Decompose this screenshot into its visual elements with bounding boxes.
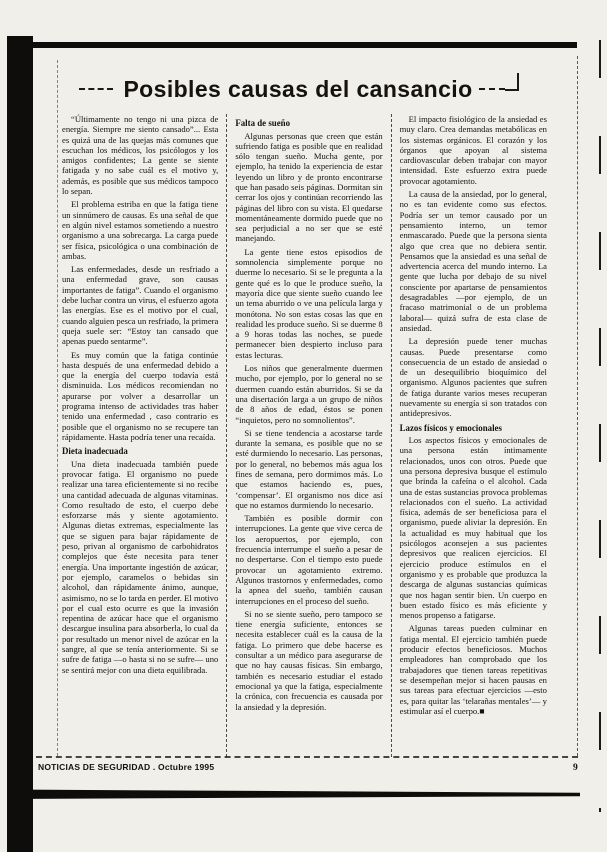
column-1: “Últimamente no tengo ni una pizca de en… xyxy=(62,114,226,757)
heading-lazos-fisicos-y-emocionales: Lazos físicos y emocionales xyxy=(400,423,547,434)
article-paragraph: La depresión puede tener muchas causas. … xyxy=(400,336,547,418)
article-paragraph: La causa de la ansiedad, por lo general,… xyxy=(400,189,547,333)
article-paragraph: Los aspectos físicos y emocionales de un… xyxy=(400,435,547,620)
article-body: “Últimamente no tengo ni una pizca de en… xyxy=(62,114,555,757)
article-paragraph: También es posible dormir con interrupci… xyxy=(235,513,382,606)
article-paragraph: Si no se siente sueño, pero tampoco se t… xyxy=(235,609,382,712)
article-paragraph: Los niños que generalmente duermen mucho… xyxy=(235,363,382,425)
article-paragraph: Es muy común que la fatiga continúe hast… xyxy=(62,350,218,443)
bottom-black-bar xyxy=(7,789,580,799)
left-black-bar xyxy=(7,36,33,852)
article-paragraph: El problema estriba en que la fatiga tie… xyxy=(62,199,218,261)
title-row: Posibles causas del cansancio xyxy=(58,70,540,108)
title-corner-bracket xyxy=(505,73,519,91)
article-left-dashed-border xyxy=(57,60,58,756)
article-paragraph: Una dieta inadecuada también puede provo… xyxy=(62,459,218,675)
article-paragraph: Algunas personas que creen que están suf… xyxy=(235,131,382,244)
heading-dieta-inadecuada: Dieta inadecuada xyxy=(62,446,218,457)
scan-edge-marks xyxy=(599,40,601,812)
heading-falta-de-sueno: Falta de sueño xyxy=(235,118,382,129)
scanned-magazine-page: Posibles causas del cansancio “Últimamen… xyxy=(0,0,607,852)
article-right-dashed-border xyxy=(577,56,578,756)
title-right-dash xyxy=(479,88,505,90)
page-number: 9 xyxy=(573,763,578,773)
article-paragraph: “Últimamente no tengo ni una pizca de en… xyxy=(62,114,218,196)
article-paragraph: Si se tiene tendencia a acostarse tarde … xyxy=(235,428,382,510)
footer-dashed-rule xyxy=(36,756,578,758)
article-paragraph: Las enfermedades, desde un resfriado a u… xyxy=(62,264,218,346)
page-title: Posibles causas del cansancio xyxy=(123,76,472,103)
article-paragraph: El impacto fisiológico de la ansiedad es… xyxy=(400,114,547,186)
article-paragraph: La gente tiene estos episodios de somnol… xyxy=(235,247,382,360)
title-left-dash xyxy=(79,88,113,90)
column-2: Falta de sueño Algunas personas que cree… xyxy=(226,114,390,757)
column-3: El impacto fisiológico de la ansiedad es… xyxy=(391,114,555,757)
top-rule xyxy=(33,42,577,48)
footer: NOTICIAS DE SEGURIDAD . Octubre 1995 9 xyxy=(38,762,578,773)
publication-name: NOTICIAS DE SEGURIDAD . Octubre 1995 xyxy=(38,762,214,772)
article-paragraph: Algunas tareas pueden culminar en fatiga… xyxy=(400,623,547,716)
